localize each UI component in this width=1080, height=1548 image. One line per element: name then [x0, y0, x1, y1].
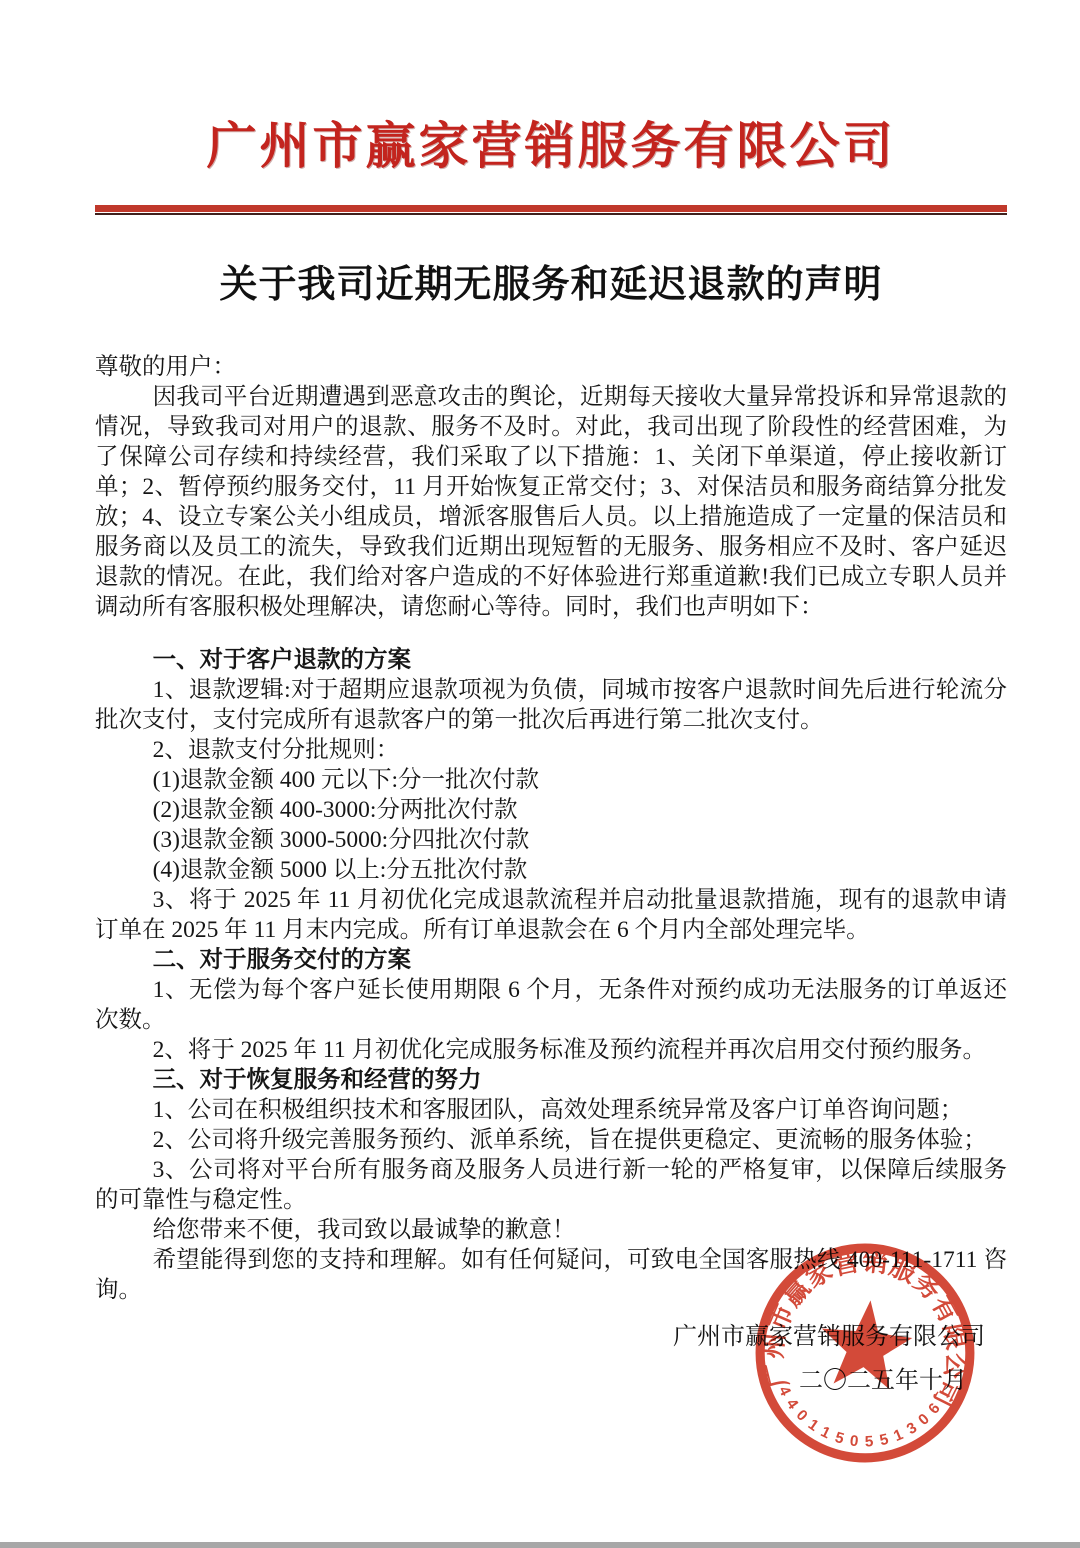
section-3-item: 2、公司将升级完善服务预约、派单系统，旨在提供更稳定、更流畅的服务体验； [95, 1125, 1007, 1155]
section-3-item: 3、公司将对平台所有服务商及服务人员进行新一轮的严格复审，以保障后续服务的可靠性… [95, 1155, 1007, 1215]
company-seal: 广州市赢家营销服务有限公司 4401150551306 [741, 1229, 989, 1477]
section-1-rule-2: (2)退款金额 400-3000:分两批次付款 [95, 795, 1007, 825]
section-1-item: 1、退款逻辑:对于超期应退款项视为负债，同城市按客户退款时间先后进行轮流分批次支… [95, 675, 1007, 735]
letterhead-company-name: 广州市赢家营销服务有限公司 [95, 116, 1007, 176]
section-1-rule-3: (3)退款金额 3000-5000:分四批次付款 [95, 825, 1007, 855]
section-3-item: 1、公司在积极组织技术和客服团队，高效处理系统异常及客户订单咨询问题； [95, 1095, 1007, 1125]
section-1-item: 3、将于 2025 年 11 月初优化完成退款流程并启动批量退款措施，现有的退款… [95, 885, 1007, 945]
divider-dark-line [95, 213, 1007, 215]
section-1-item: 2、退款支付分批规则： [95, 735, 1007, 765]
divider-red-bar [95, 205, 1007, 212]
document-title: 关于我司近期无服务和延迟退款的声明 [95, 262, 1007, 308]
section-1-rule-4: (4)退款金额 5000 以上:分五批次付款 [95, 855, 1007, 885]
section-2-heading: 二、对于服务交付的方案 [95, 945, 1007, 975]
seal-star-icon [816, 1296, 916, 1392]
section-1-rule-1: (1)退款金额 400 元以下:分一批次付款 [95, 765, 1007, 795]
intro-paragraph: 因我司平台近期遭遇到恶意攻击的舆论，近期每天接收大量异常投诉和异常退款的情况，导… [95, 382, 1007, 622]
photo-edge-bar [0, 1542, 1080, 1548]
letterhead-divider [95, 205, 1007, 215]
document-body: 尊敬的用户： 因我司平台近期遭遇到恶意攻击的舆论，近期每天接收大量异常投诉和异常… [95, 352, 1007, 1305]
section-2-item: 1、无偿为每个客户延长使用期限 6 个月，无条件对预约成功无法服务的订单返还次数… [95, 975, 1007, 1035]
salutation: 尊敬的用户： [95, 352, 1007, 382]
section-3-heading: 三、对于恢复服务和经营的努力 [95, 1065, 1007, 1095]
section-2-item: 2、将于 2025 年 11 月初优化完成服务标准及预约流程并再次启用交付预约服… [95, 1035, 1007, 1065]
section-1-heading: 一、对于客户退款的方案 [95, 645, 1007, 675]
document-page: 广州市赢家营销服务有限公司 关于我司近期无服务和延迟退款的声明 尊敬的用户： 因… [0, 0, 1080, 1548]
